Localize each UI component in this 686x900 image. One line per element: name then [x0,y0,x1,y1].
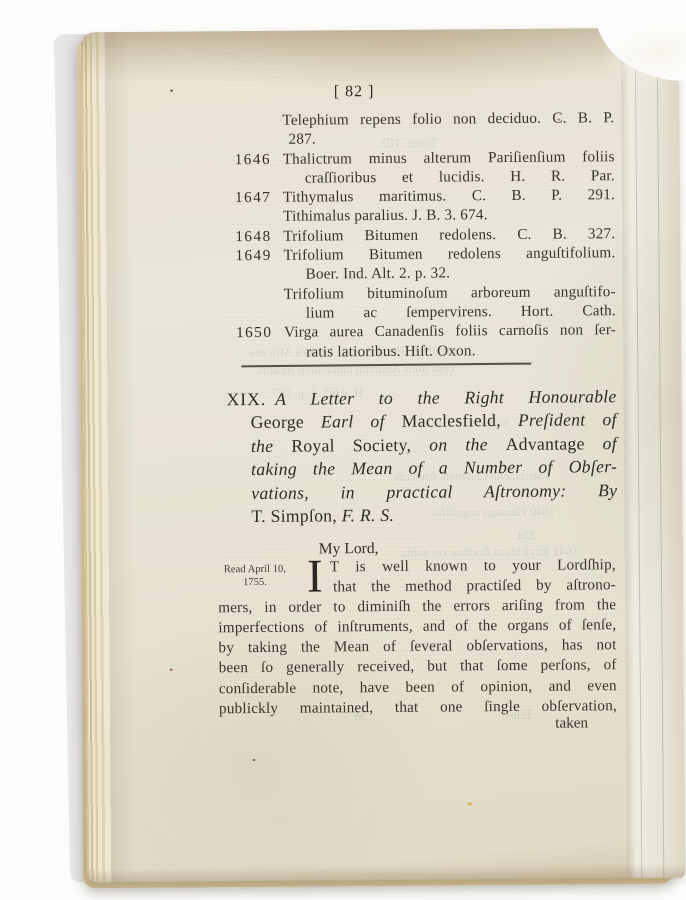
heading-segment: taking the Mean of a Number of Obſer- [251,456,617,479]
entry-text: Trifolium Bitumen redolens anguſtifolium… [283,243,615,265]
fore-edge [621,28,686,878]
body-line: conſiderable note, have been of opinion,… [219,676,617,699]
paper-speck [170,669,173,671]
entry-number: 1646 [235,149,272,169]
heading-line: vations, in practical Aſtronomy: By [251,479,617,505]
catalog-row: ratis latioribus. Hiſt. Oxon. [234,340,624,362]
heading-line: XIX.A Letter to the Right Honourable [226,385,616,411]
heading-segment: vations, in practical Aſtronomy: By [251,480,617,503]
heading-segment: Advantage [506,433,603,454]
entry-number: 1647 [235,188,272,208]
paper-speck [468,802,472,805]
article-heading: XIX.A Letter to the Right Honourable Geo… [226,385,617,528]
fore-edge-crease [657,28,665,878]
heading-segment: George [251,412,321,433]
catalog-list: Telephium repens folio non deciduo. C. B… [232,108,624,362]
entry-text: Trifolium Bitumen redolens. C. B. 327. [283,224,615,246]
entry-text: Boer. Ind. Alt. 2. p. 32. [306,263,616,285]
entry-number: 1650 [236,323,273,343]
heading-segment: F. R. S. [342,505,395,525]
heading-segment: Earl of [321,411,402,432]
heading-segment: T. Simpſon, [251,505,341,526]
fore-edge-crease [635,28,643,878]
top-edge-shadow [81,28,679,85]
heading-segment: Preſident of [518,410,617,431]
gutter-shadow [105,32,138,882]
body-line: T is well known to your Lordſhip, [330,555,616,577]
entry-text: 287. [288,127,614,149]
heading-line: taking the Mean of a Number of Obſer- [251,455,617,481]
heading-segment: XIX. [226,389,266,409]
heading-line: T. Simpſon, F. R. S. [251,502,617,528]
entry-text: ratis latioribus. Hiſt. Oxon. [306,340,616,362]
heading-segment: Macclesfield, [402,410,518,431]
entry-number: 1648 [235,227,272,247]
heading-line: George Earl of Macclesfield, Preſident o… [251,409,617,435]
entry-text: Trifolium bituminoſum arboreum anguſtifo… [284,282,616,304]
heading-segment: on the [429,434,506,455]
salutation: My Lord, [319,540,379,558]
body-line: been ſo generally received, but that ſom… [219,656,617,679]
entry-text: Thalictrum minus alterum Pariſienſium fo… [283,147,615,169]
heading-segment: Royal Society, [291,434,429,455]
heading-segment: of [603,433,617,453]
article-body: T is well known to your Lordſhip, that t… [218,555,617,719]
book-photo: Tourn. 410. parallelis. H. Cliff. 419. J… [0,0,686,900]
paper-speck [252,759,255,761]
entry-text: Virga aurea Canadenſis foliis carnoſis n… [284,320,616,342]
entry-text: Tithimalus paralius. J. B. 3. 674. [283,205,615,227]
entry-number: 1649 [235,246,272,266]
heading-segment: A Letter to the Right Honourable [275,386,616,409]
bleedthrough-text: 374. [515,529,537,544]
page-number: [ 82 ] [309,83,399,102]
entry-text: Tithymalus maritimus. C. B. P. 291. [283,185,615,207]
heading-segment: the [251,436,292,456]
entry-text: lium ac ſempervirens. Hort. Cath. [306,301,616,323]
book-page: Tourn. 410. parallelis. H. Cliff. 419. J… [81,28,686,883]
entry-text: Telephium repens folio non deciduo. C. B… [282,108,614,130]
entry-text: craſſioribus et lucidis. H. R. Par. [305,166,615,188]
body-line: that the method practiſed by aſtrono- [333,575,616,597]
catchword: taken [522,714,588,733]
heading-line: the Royal Society, on the Advantage of [251,432,617,458]
paper-speck [170,90,173,92]
